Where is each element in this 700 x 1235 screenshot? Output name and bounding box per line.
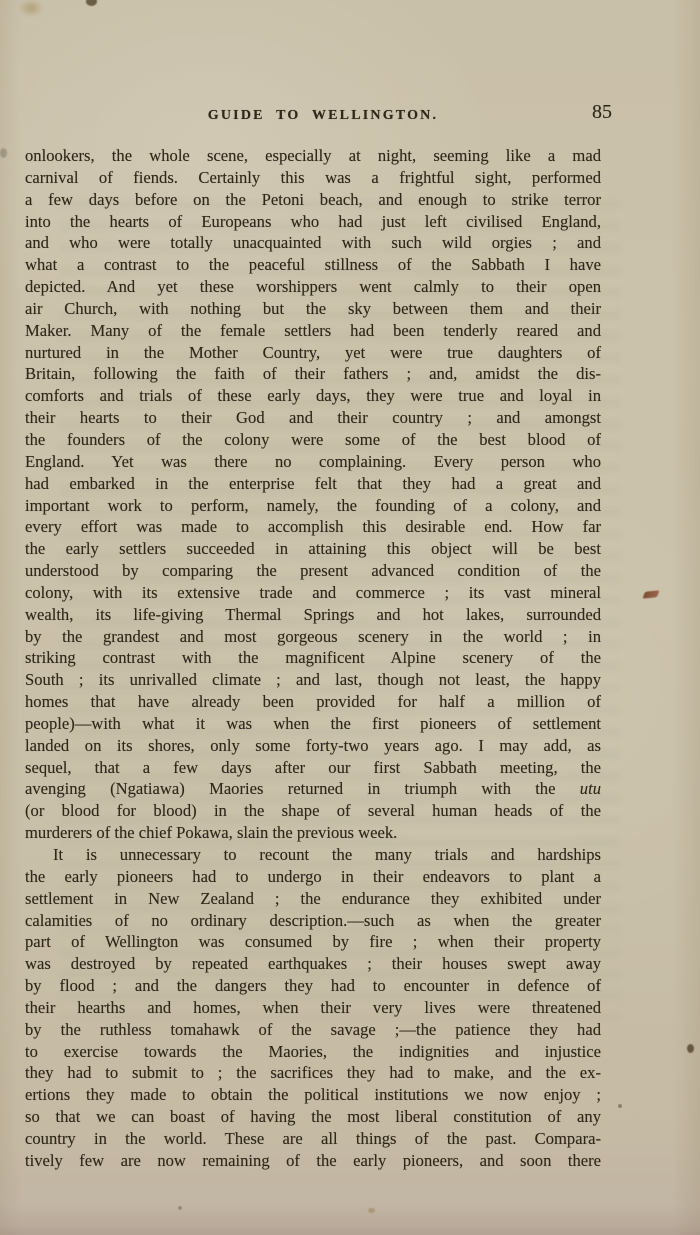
stain [618,1104,622,1108]
text-line: avenging (Ngatiawa) Maories returned in … [25,778,601,800]
text-line: country in the world. These are all thin… [25,1128,601,1150]
text-line: was destroyed by repeated earthquakes ; … [25,953,601,975]
text-line: part of Wellington was consumed by fire … [25,931,601,953]
text-line: by the ruthless tomahawk of the savage ;… [25,1019,601,1041]
running-header: GUIDE TO WELLINGTON. 85 [25,101,601,129]
stain [14,0,48,20]
text-line: their hearts to their God and their coun… [25,407,601,429]
text-line: homes that have already been provided fo… [25,691,601,713]
text-line: calamities of no ordinary description.—s… [25,910,601,932]
text-line: onlookers, the whole scene, especially a… [25,145,601,167]
page-bottom-shadow [0,1205,700,1235]
text-line: they had to submit to ; the sacrifices t… [25,1062,601,1084]
text-line: Britain, following the faith of their fa… [25,363,601,385]
text-line: important work to perform, namely, the f… [25,495,601,517]
text-line: nurtured in the Mother Country, yet were… [25,342,601,364]
text-line: into the hearts of Europeans who had jus… [25,211,601,233]
text-line: by flood ; and the dangers they had to e… [25,975,601,997]
text-line: depicted. And yet these worshippers went… [25,276,601,298]
text-line: so that we can boast of having the most … [25,1106,601,1128]
text-line: the early settlers succeeded in attainin… [25,538,601,560]
text-line: landed on its shores, only some forty-tw… [25,735,601,757]
text-line: Maker. Many of the female settlers had b… [25,320,601,342]
text-line: striking contrast with the magnificent A… [25,647,601,669]
text-line: the founders of the colony were some of … [25,429,601,451]
text-line: colony, with its extensive trade and com… [25,582,601,604]
text-line: had embarked in the enterprise felt that… [25,473,601,495]
text-line: South ; its unrivalled climate ; and las… [25,669,601,691]
text-line: every effort was made to accomplish this… [25,516,601,538]
text-line: wealth, its life-giving Thermal Springs … [25,604,601,626]
stain [0,148,7,158]
scanned-book-page: { "colors": { "paper": "#c8bfa8", "ink":… [0,0,700,1235]
text-line: their hearths and homes, when their very… [25,997,601,1019]
stain [86,0,97,6]
text-line: what a contrast to the peaceful stillnes… [25,254,601,276]
text-line: It is unnecessary to recount the many tr… [25,844,601,866]
text-line: ertions they made to obtain the politica… [25,1084,601,1106]
text-line: murderers of the chief Pokawa, slain the… [25,822,601,844]
text-line: to exercise towards the Maories, the ind… [25,1041,601,1063]
page-number: 85 [592,101,612,124]
text-line: people)—with what it was when the first … [25,713,601,735]
text-line: understood by comparing the present adva… [25,560,601,582]
text-line: comforts and trials of these early days,… [25,385,601,407]
text-line: sequel, that a few days after our first … [25,757,601,779]
stain [642,590,659,598]
text-line: by the grandest and most gorgeous scener… [25,626,601,648]
text-line: carnival of fiends. Certainly this was a… [25,167,601,189]
text-line: air Church, with nothing but the sky bet… [25,298,601,320]
text-line: England. Yet was there no complaining. E… [25,451,601,473]
book-page: GUIDE TO WELLINGTON. 85 onlookers, the w… [0,0,700,1235]
text-line: and who were totally unacquainted with s… [25,232,601,254]
header-title: GUIDE TO WELLINGTON. [195,108,451,124]
paragraph: It is unnecessary to recount the many tr… [25,844,601,1172]
stain [687,1044,694,1053]
text-line: tively few are now remaining of the earl… [25,1150,601,1172]
paragraph: onlookers, the whole scene, especially a… [25,145,601,844]
text-line: settlement in New Zealand ; the enduranc… [25,888,601,910]
text-line: (or blood for blood) in the shape of sev… [25,800,601,822]
text-line: the early pioneers had to undergo in the… [25,866,601,888]
text-line: a few days before on the Petoni beach, a… [25,189,601,211]
page-text: onlookers, the whole scene, especially a… [25,145,601,1172]
